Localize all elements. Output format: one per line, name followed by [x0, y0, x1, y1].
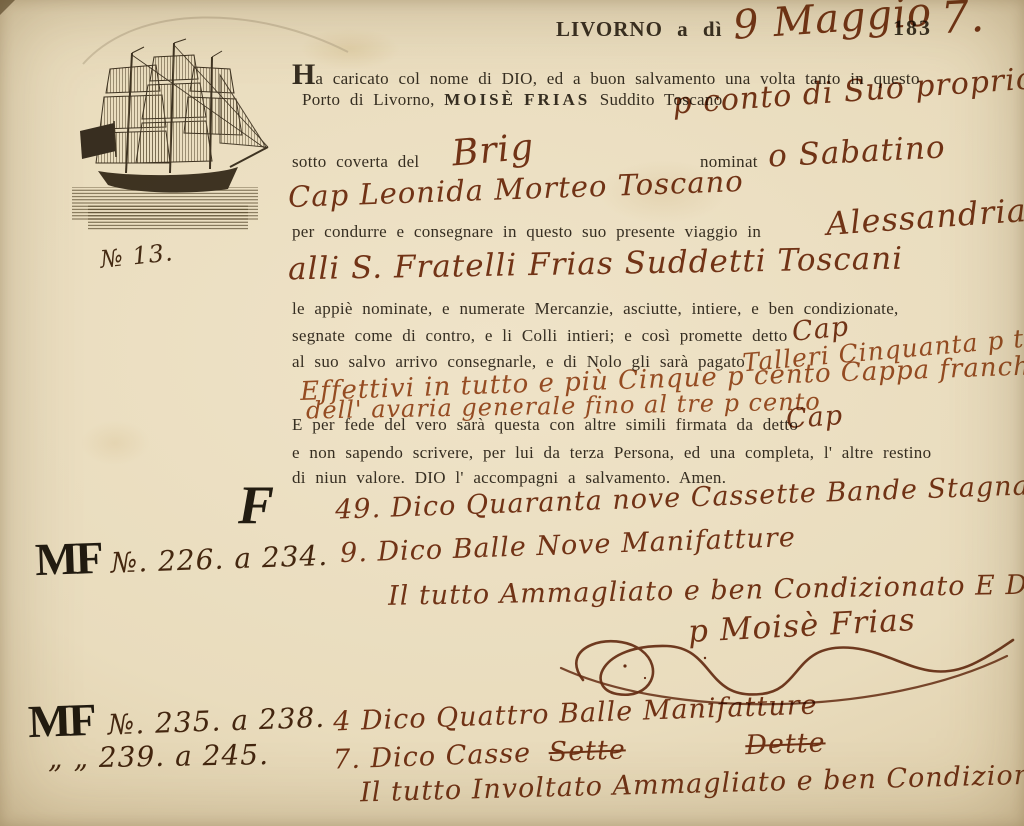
- mark-mf-row: MF №. 226. a 234.: [34, 523, 329, 586]
- ship-engraving: [70, 35, 270, 250]
- sailing-ship-icon: [70, 35, 270, 250]
- destination: Alessandria: [825, 191, 1024, 243]
- consignee-line: alli S. Fratelli Frias Suddetti Toscani: [288, 241, 904, 288]
- body-line-2: Porto di Livorno, MOISÈ FRIAS Suddito To…: [302, 90, 723, 110]
- place-date-label: LIVORNO a dì: [556, 17, 722, 42]
- cargo-item-struck-word: Sette: [548, 734, 626, 768]
- year-printed: 183: [893, 15, 932, 41]
- vessel-name: o Sabatino: [767, 129, 946, 174]
- mark-mf-row: MF №. 235. a 238.: [27, 685, 326, 748]
- para-line-4: E per fede del vero sarà questa con altr…: [292, 415, 798, 435]
- mark-mf-numbers: №. 226. a 234.: [110, 539, 329, 580]
- cargo-item-text: 7. Dico Casse: [333, 738, 532, 776]
- cargo-item-ditto-word: Dette: [745, 727, 826, 761]
- scan-corner-notch: [0, 0, 15, 15]
- drop-cap: H: [292, 58, 315, 91]
- voyage-label: per condurre e consegnare in questo suo …: [292, 222, 761, 242]
- condition-line: Il tutto Ammagliato e ben Condizionato E…: [388, 569, 1024, 612]
- paper-stain: [80, 420, 150, 466]
- document-page: LIVORNO a dì 9 Maggio 183 7.: [0, 0, 1024, 826]
- mark-ditto-numbers: „ „ 239. a 245.: [48, 738, 270, 775]
- para-line-5: e non sapendo scrivere, per lui da terza…: [292, 443, 931, 463]
- year-handwritten: 7.: [940, 0, 987, 44]
- cargo-item: 9. Dico Balle Nove Manifatture: [340, 522, 797, 569]
- mark-mf: MF: [27, 694, 94, 747]
- covered-label: sotto coverta del: [292, 152, 419, 172]
- para-line-2: segnate come di contro, e li Colli intie…: [292, 326, 788, 346]
- mark-mf-numbers: №. 235. a 238.: [107, 701, 326, 742]
- cap-annotation-2: Cap: [785, 400, 844, 435]
- mark-mf: MF: [34, 532, 101, 585]
- port-label: Porto di Livorno,: [302, 90, 435, 109]
- vessel-type: Brig: [450, 126, 535, 174]
- shipper-name: MOISÈ FRIAS: [444, 90, 590, 109]
